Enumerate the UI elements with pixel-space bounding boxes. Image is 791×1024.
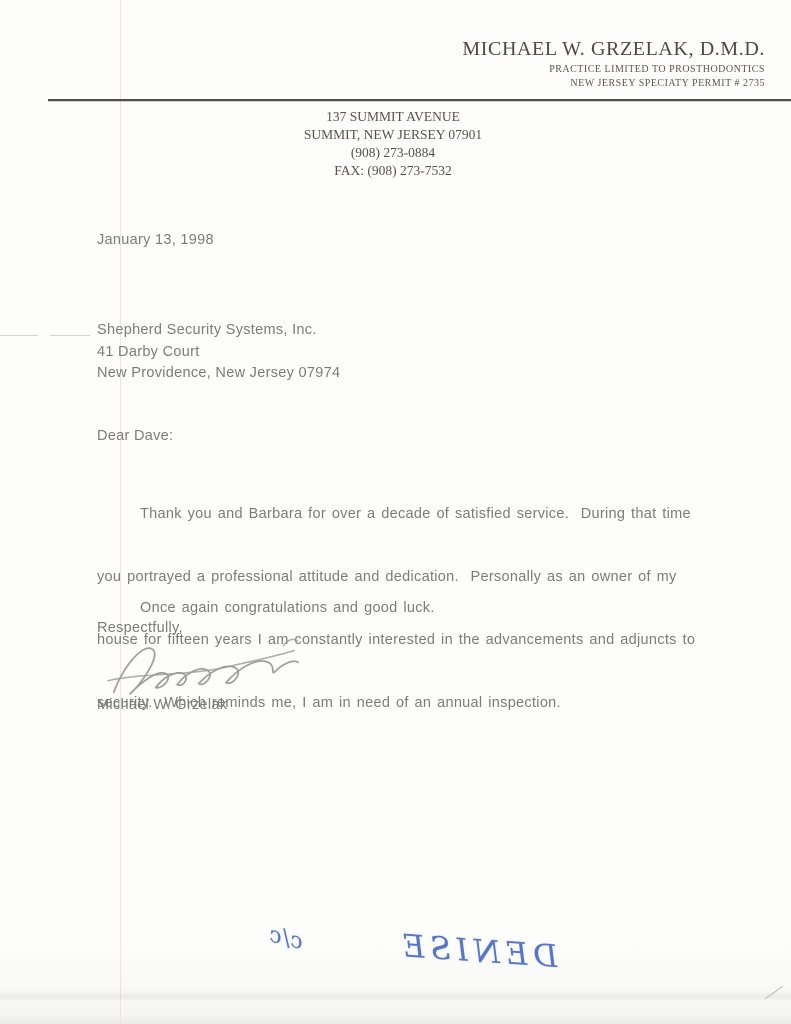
handwriting-name: DENISE bbox=[396, 928, 559, 975]
handwriting-mark: c/c bbox=[266, 922, 306, 955]
letterhead-address-block: 137 SUMMIT AVENUE SUMMIT, NEW JERSEY 079… bbox=[198, 108, 588, 180]
letterhead: MICHAEL W. GRZELAK, D.M.D. PRACTICE LIMI… bbox=[0, 38, 765, 89]
address-line: (908) 273-0884 bbox=[198, 144, 588, 162]
permit-line: NEW JERSEY SPECIATY PERMIT # 2735 bbox=[0, 78, 765, 89]
scan-bottom-edge bbox=[0, 990, 791, 1002]
recipient-block: Shepherd Security Systems, Inc. 41 Darby… bbox=[97, 320, 340, 385]
blue-ink-bleedthrough-handwriting: DENISE c/c bbox=[266, 906, 560, 988]
address-line: FAX: (908) 273-7532 bbox=[198, 162, 588, 180]
horizontal-fold-mark bbox=[0, 335, 38, 336]
paragraph-line: Once again congratulations and good luck… bbox=[97, 598, 715, 619]
letterhead-divider-rule bbox=[48, 99, 791, 101]
practice-line: PRACTICE LIMITED TO PROSTHODONTICS bbox=[0, 64, 765, 75]
recipient-line: 41 Darby Court bbox=[97, 342, 340, 364]
paragraph-line: Thank you and Barbara for over a decade … bbox=[97, 504, 715, 525]
scanned-letter-page: MICHAEL W. GRZELAK, D.M.D. PRACTICE LIMI… bbox=[0, 0, 791, 1024]
salutation: Dear Dave: bbox=[97, 428, 173, 444]
recipient-line: New Providence, New Jersey 07974 bbox=[97, 363, 340, 385]
doctor-name: MICHAEL W. GRZELAK, D.M.D. bbox=[0, 38, 765, 61]
address-line: 137 SUMMIT AVENUE bbox=[198, 108, 588, 126]
signer-name: Michael W. Grzelak bbox=[97, 697, 227, 713]
horizontal-fold-mark bbox=[50, 335, 90, 336]
date-line: January 13, 1998 bbox=[97, 232, 214, 248]
recipient-line: Shepherd Security Systems, Inc. bbox=[97, 320, 340, 342]
address-line: SUMMIT, NEW JERSEY 07901 bbox=[198, 126, 588, 144]
